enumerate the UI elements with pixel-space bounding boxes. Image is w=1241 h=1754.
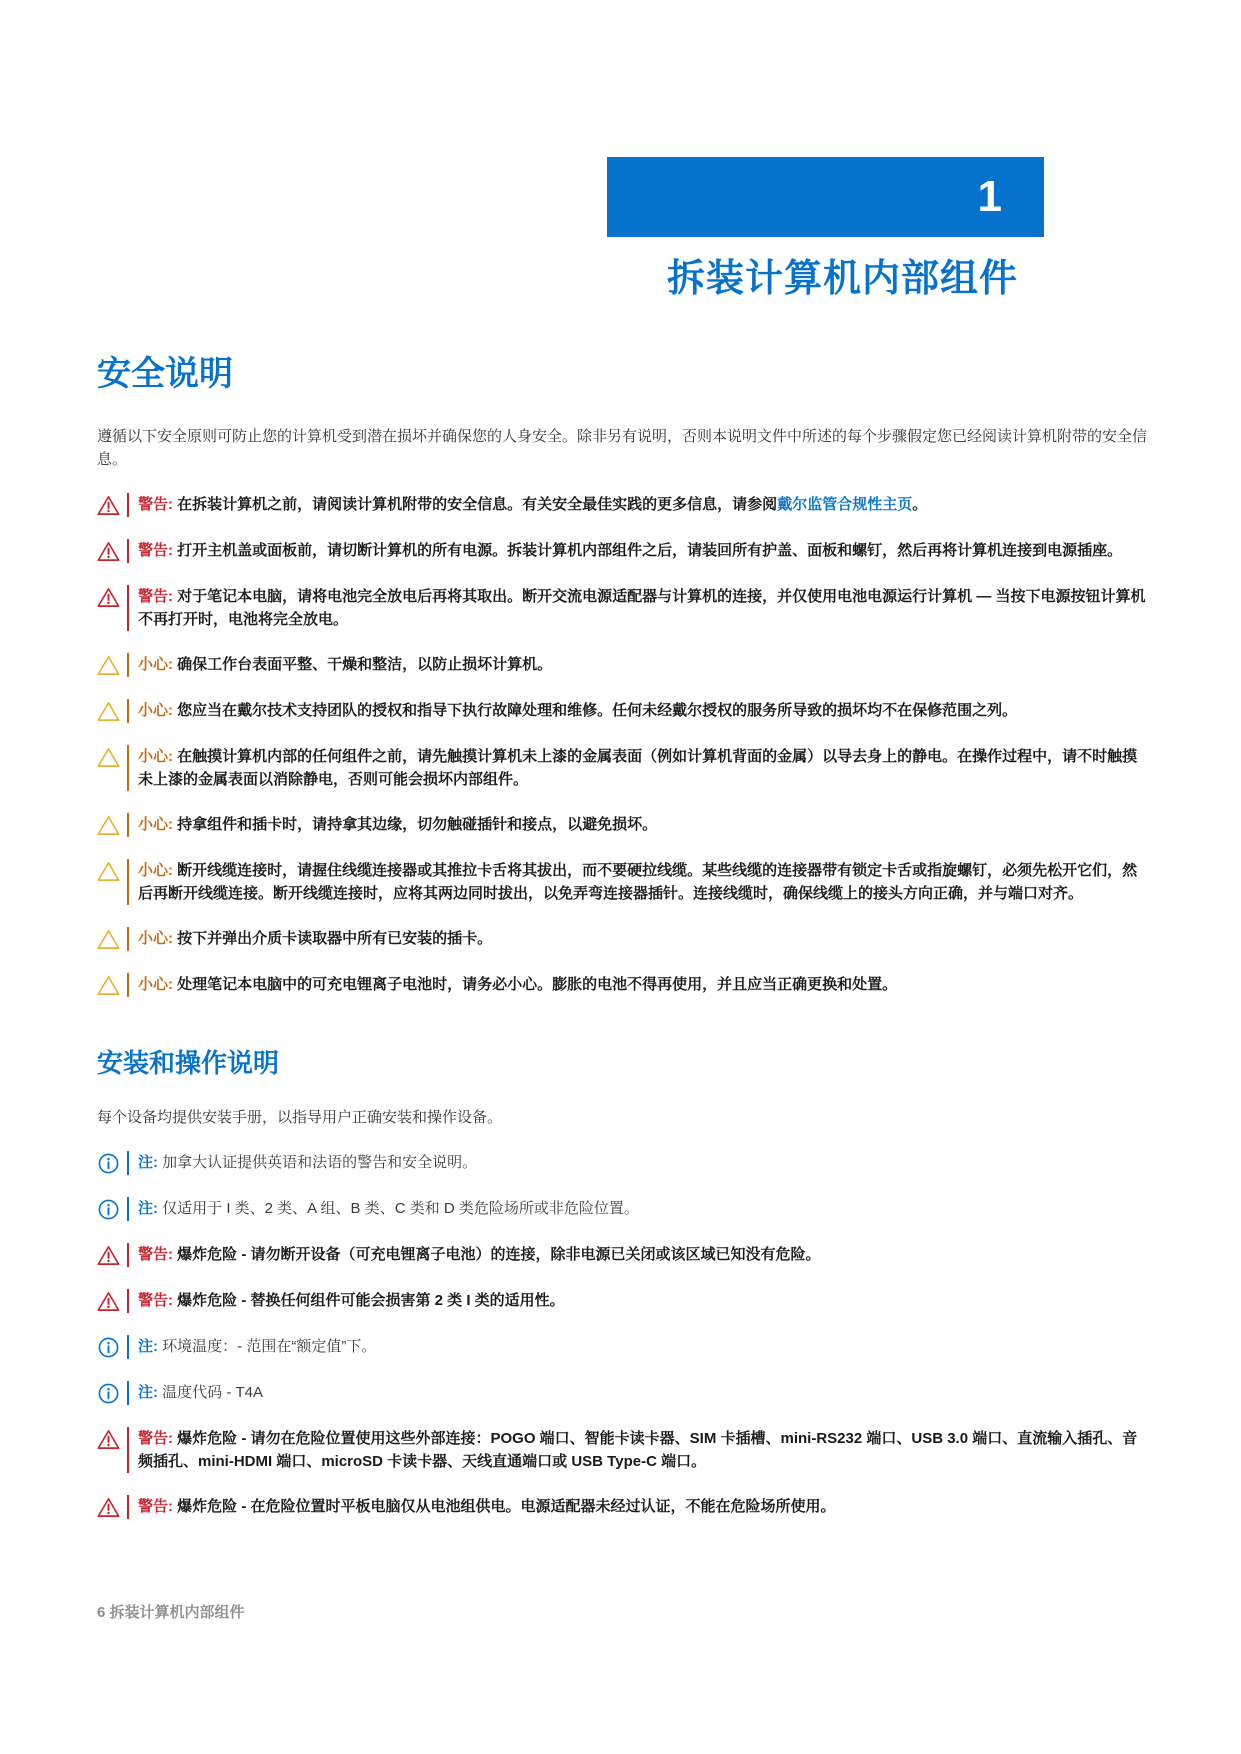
admonition-text: 您应当在戴尔技术支持团队的授权和指导下执行故障处理和维修。任何未经戴尔授权的服务… bbox=[177, 702, 1017, 719]
admonition-label: 警告: bbox=[138, 496, 173, 513]
note-info-icon bbox=[97, 1152, 120, 1175]
warning-item: 警告: 爆炸危险 - 替换任何组件可能会损害第 2 类 I 类的适用性。 bbox=[97, 1289, 1148, 1313]
note-info-icon bbox=[97, 1382, 120, 1405]
warning-triangle-icon bbox=[97, 540, 120, 563]
admonition-label: 警告: bbox=[138, 1430, 173, 1447]
warning-item: 警告: 爆炸危险 - 在危险位置时平板电脑仅从电池组供电。电源适配器未经过认证，… bbox=[97, 1495, 1148, 1519]
admonition-label: 小心: bbox=[138, 656, 173, 673]
admonition-label: 警告: bbox=[138, 588, 173, 605]
admonition-label: 小心: bbox=[138, 976, 173, 993]
admonition-label: 小心: bbox=[138, 702, 173, 719]
document-page: 1 拆装计算机内部组件 安全说明 遵循以下安全原则可防止您的计算机受到潜在损坏并… bbox=[0, 0, 1241, 1754]
admonition-label: 警告: bbox=[138, 1292, 173, 1309]
safety-intro-paragraph: 遵循以下安全原则可防止您的计算机受到潜在损坏并确保您的人身安全。除非另有说明，否… bbox=[97, 425, 1148, 471]
admonition-text: 加拿大认证提供英语和法语的警告和安全说明。 bbox=[162, 1154, 477, 1171]
warning-item: 警告: 爆炸危险 - 请勿在危险位置使用这些外部连接：POGO 端口、智能卡读卡… bbox=[97, 1427, 1148, 1473]
admonition-label: 注: bbox=[138, 1200, 158, 1217]
section-heading-installation: 安装和操作说明 bbox=[97, 1043, 1148, 1080]
note-item: 注: 环境温度：- 范围在“额定值”下。 bbox=[97, 1335, 1148, 1359]
caution-item: 小心: 断开线缆连接时，请握住线缆连接器或其推拉卡舌将其拔出，而不要硬拉线缆。某… bbox=[97, 859, 1148, 905]
admonition-text-after: 。 bbox=[912, 496, 927, 513]
caution-item: 小心: 在触摸计算机内部的任何组件之前，请先触摸计算机未上漆的金属表面（例如计算… bbox=[97, 745, 1148, 791]
admonition-text: 在拆装计算机之前，请阅读计算机附带的安全信息。有关安全最佳实践的更多信息，请参阅 bbox=[177, 496, 777, 513]
warning-triangle-icon bbox=[97, 1290, 120, 1313]
note-item: 注: 加拿大认证提供英语和法语的警告和安全说明。 bbox=[97, 1151, 1148, 1175]
admonition-text: 确保工作台表面平整、干燥和整洁，以防止损坏计算机。 bbox=[177, 656, 552, 673]
admonition-label: 小心: bbox=[138, 930, 173, 947]
note-item: 注: 温度代码 - T4A bbox=[97, 1381, 1148, 1405]
installation-intro-paragraph: 每个设备均提供安装手册，以指导用户正确安装和操作设备。 bbox=[97, 1106, 1148, 1129]
warning-item: 警告: 对于笔记本电脑，请将电池完全放电后再将其取出。断开交流电源适配器与计算机… bbox=[97, 585, 1148, 631]
note-item: 注: 仅适用于 I 类、2 类、A 组、B 类、C 类和 D 类危险场所或非危险… bbox=[97, 1197, 1148, 1221]
warning-item: 警告: 在拆装计算机之前，请阅读计算机附带的安全信息。有关安全最佳实践的更多信息… bbox=[97, 493, 1148, 517]
note-info-icon bbox=[97, 1198, 120, 1221]
admonition-text: 在触摸计算机内部的任何组件之前，请先触摸计算机未上漆的金属表面（例如计算机背面的… bbox=[138, 748, 1137, 788]
admonition-text: 温度代码 - T4A bbox=[162, 1384, 263, 1401]
warning-item: 警告: 打开主机盖或面板前，请切断计算机的所有电源。拆装计算机内部组件之后，请装… bbox=[97, 539, 1148, 563]
caution-item: 小心: 处理笔记本电脑中的可充电锂离子电池时，请务必小心。膨胀的电池不得再使用，… bbox=[97, 973, 1148, 997]
admonition-label: 警告: bbox=[138, 1246, 173, 1263]
page-header: 1 拆装计算机内部组件 bbox=[97, 157, 1148, 302]
warning-triangle-icon bbox=[97, 1428, 120, 1451]
warning-triangle-icon bbox=[97, 1496, 120, 1519]
admonition-label: 注: bbox=[138, 1338, 158, 1355]
admonition-text: 爆炸危险 - 请勿断开设备（可充电锂离子电池）的连接，除非电源已关闭或该区域已知… bbox=[177, 1246, 820, 1263]
caution-triangle-icon bbox=[97, 860, 120, 883]
page-title: 拆装计算机内部组件 bbox=[97, 247, 1148, 302]
warning-triangle-icon bbox=[97, 1244, 120, 1267]
admonition-label: 小心: bbox=[138, 862, 173, 879]
admonition-text: 按下并弹出介质卡读取器中所有已安装的插卡。 bbox=[177, 930, 492, 947]
warning-triangle-icon bbox=[97, 494, 120, 517]
page-content: 安全说明 遵循以下安全原则可防止您的计算机受到潜在损坏并确保您的人身安全。除非另… bbox=[97, 346, 1148, 1519]
dell-regulatory-compliance-link[interactable]: 戴尔监管合规性主页 bbox=[777, 496, 912, 513]
admonition-label: 注: bbox=[138, 1154, 158, 1171]
caution-triangle-icon bbox=[97, 974, 120, 997]
caution-triangle-icon bbox=[97, 814, 120, 837]
admonition-text: 爆炸危险 - 在危险位置时平板电脑仅从电池组供电。电源适配器未经过认证，不能在危… bbox=[177, 1498, 835, 1515]
warning-item: 警告: 爆炸危险 - 请勿断开设备（可充电锂离子电池）的连接，除非电源已关闭或该… bbox=[97, 1243, 1148, 1267]
page-number: 6 bbox=[97, 1604, 105, 1621]
caution-triangle-icon bbox=[97, 700, 120, 723]
admonition-text: 环境温度：- 范围在“额定值”下。 bbox=[162, 1338, 376, 1355]
admonition-text: 对于笔记本电脑，请将电池完全放电后再将其取出。断开交流电源适配器与计算机的连接，… bbox=[138, 588, 1146, 628]
admonition-text: 爆炸危险 - 替换任何组件可能会损害第 2 类 I 类的适用性。 bbox=[177, 1292, 565, 1309]
admonition-label: 警告: bbox=[138, 1498, 173, 1515]
admonition-text: 持拿组件和插卡时，请持拿其边缘，切勿触碰插针和接点，以避免损坏。 bbox=[177, 816, 657, 833]
caution-item: 小心: 确保工作台表面平整、干燥和整洁，以防止损坏计算机。 bbox=[97, 653, 1148, 677]
warning-triangle-icon bbox=[97, 586, 120, 609]
caution-item: 小心: 您应当在戴尔技术支持团队的授权和指导下执行故障处理和维修。任何未经戴尔授… bbox=[97, 699, 1148, 723]
page-footer: 6 拆装计算机内部组件 bbox=[97, 1601, 245, 1622]
admonition-text: 爆炸危险 - 请勿在危险位置使用这些外部连接：POGO 端口、智能卡读卡器、SI… bbox=[138, 1430, 1137, 1470]
admonition-label: 警告: bbox=[138, 542, 173, 559]
admonition-label: 注: bbox=[138, 1384, 158, 1401]
caution-item: 小心: 持拿组件和插卡时，请持拿其边缘，切勿触碰插针和接点，以避免损坏。 bbox=[97, 813, 1148, 837]
caution-triangle-icon bbox=[97, 654, 120, 677]
caution-triangle-icon bbox=[97, 928, 120, 951]
admonition-text: 处理笔记本电脑中的可充电锂离子电池时，请务必小心。膨胀的电池不得再使用，并且应当… bbox=[177, 976, 897, 993]
caution-triangle-icon bbox=[97, 746, 120, 769]
admonition-label: 小心: bbox=[138, 816, 173, 833]
note-info-icon bbox=[97, 1336, 120, 1359]
admonition-label: 小心: bbox=[138, 748, 173, 765]
footer-title: 拆装计算机内部组件 bbox=[110, 1604, 245, 1621]
chapter-bar: 1 bbox=[607, 157, 1044, 237]
section-heading-safety: 安全说明 bbox=[97, 346, 1148, 395]
caution-item: 小心: 按下并弹出介质卡读取器中所有已安装的插卡。 bbox=[97, 927, 1148, 951]
admonition-text: 打开主机盖或面板前，请切断计算机的所有电源。拆装计算机内部组件之后，请装回所有护… bbox=[177, 542, 1122, 559]
admonition-text: 断开线缆连接时，请握住线缆连接器或其推拉卡舌将其拔出，而不要硬拉线缆。某些线缆的… bbox=[138, 862, 1137, 902]
admonition-text: 仅适用于 I 类、2 类、A 组、B 类、C 类和 D 类危险场所或非危险位置。 bbox=[162, 1200, 639, 1217]
chapter-number: 1 bbox=[978, 175, 1002, 219]
